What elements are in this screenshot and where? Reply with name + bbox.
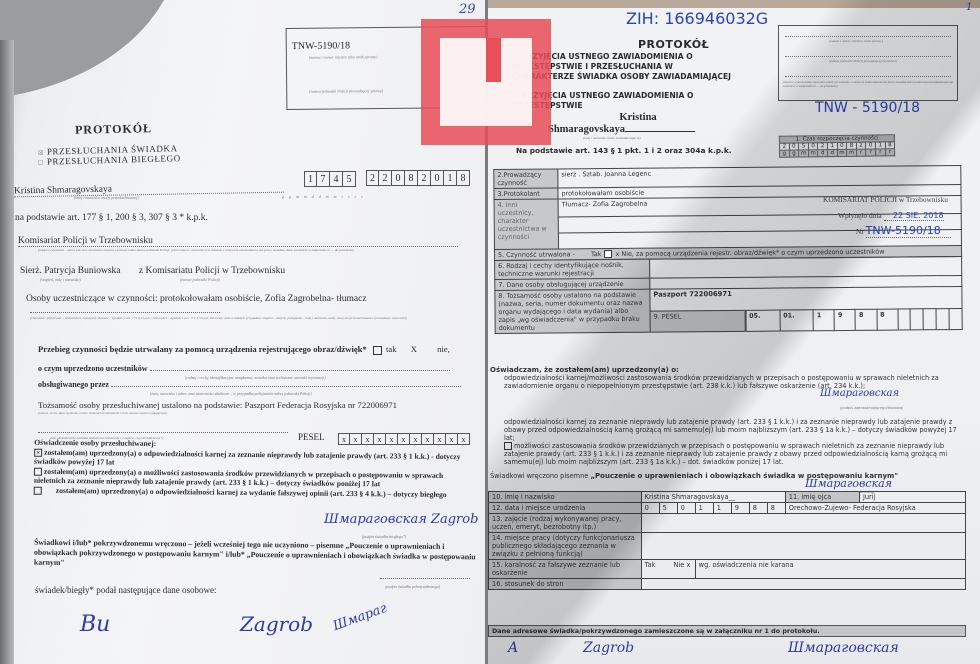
person-last-name: Shmaragovskaya (548, 124, 625, 135)
others-label: 4. Inni uczestnicy, charakter uczestnict… (494, 199, 558, 250)
bottom-signature-2: Zagrob (583, 640, 634, 656)
start-time-caption: g (780, 150, 790, 157)
row-birth: 12. data i miejsce urodzenia 05011988Ore… (489, 503, 966, 514)
handwritten-case-number: TNW - 5190/18 (815, 100, 920, 116)
occupation-value (641, 514, 965, 533)
start-time-caption: g (789, 150, 799, 157)
stamp-office: KOMISARIAT POLICJI w Trzebownisku (823, 195, 948, 204)
stamp-received-label: Wpłynęło dnia (838, 211, 882, 220)
personal-data-table: 10. imię i nazwisko Kristina Shmaragovsk… (488, 491, 966, 590)
record-no: Nie x (674, 561, 691, 569)
person-name-caption: (imię i nazwisko osoby przesłuchiwanej) (74, 195, 139, 200)
declaration-heading: Oświadczam, że zostałem(am) uprzedzony(a… (490, 366, 962, 374)
bottom-signature-3: Шмарaг (331, 601, 389, 634)
pesel-cell: 9 (834, 309, 855, 331)
start-time-caption: d (818, 150, 828, 157)
declaration-item-2: odpowiedzialności karnej za zeznanie nie… (490, 418, 962, 442)
recording-text: Przebieg czynności będzie utrwalany za p… (38, 344, 367, 354)
officer-unit-caption: (nazwa jednostki Policji) (180, 277, 220, 282)
name-label: 10. imię i nazwisko (489, 492, 642, 503)
time-digits: 1745 (304, 171, 356, 187)
start-time-caption: r (866, 149, 876, 156)
birth-digit: 0 (641, 503, 659, 514)
birth-digit: 9 (731, 503, 749, 514)
identity-line: Tożsamość osoby przesłuchiwanej ustalono… (38, 400, 397, 410)
document-title: PROTOKÓŁ (75, 121, 152, 138)
signature-1-caption: (podpis świadka biegłego*) (362, 534, 406, 539)
media-label: 6. Rodzaj i cechy identyfikujące nośnik,… (495, 259, 650, 279)
checkbox-checked-icon[interactable]: × (34, 448, 42, 456)
relation-value (641, 579, 965, 590)
logo-shape (501, 38, 532, 126)
start-time-caption: m (837, 149, 847, 156)
recording-no-label: nie, (437, 344, 450, 354)
checkbox-empty-icon: ☐ (38, 161, 44, 167)
date-digit: 8 (457, 170, 470, 186)
birth-digit: 8 (749, 503, 767, 514)
start-time-caption: r (856, 149, 866, 156)
operated-text: obsługiwanego przez (38, 380, 109, 389)
logo-shape (486, 38, 501, 82)
identity-dots (38, 432, 288, 433)
top-edge (488, 0, 980, 8)
legal-basis: Na podstawie art. 143 § 1 pkt. 1 i 2 ora… (516, 146, 732, 155)
handwritten-id: ZIH: 166946032G (626, 9, 768, 28)
stamp-nr: Nr TNW-5190/18 (856, 224, 951, 238)
pesel-cell: 05. (745, 310, 780, 332)
binder-edge (0, 40, 14, 664)
relation-label: 16. stosunek do stron (489, 579, 642, 590)
officer-name: Sierż. Patrycja Buniowska (20, 266, 121, 276)
officer-line: Sierż. Patrycja Buniowska z Komisariatu … (20, 266, 285, 276)
pesel-cell (949, 308, 962, 330)
participants-line: Osoby uczestniczące w czynności: protoko… (26, 294, 367, 304)
box-caption-1: (nazwa i numer rejestru, znak sprawy) (829, 39, 883, 43)
start-time-captions: ggmmddmmrrrr (780, 149, 895, 158)
date-digit: 0 (431, 170, 444, 186)
page-curl-shadow (0, 0, 180, 100)
bottom-signature-3: Шмарaговская (788, 640, 899, 656)
operated-dots (111, 386, 461, 387)
person-caption: (imię i nazwisko osoby zawiadamiającej) (583, 136, 641, 140)
stamp-received: Wpłynęło dnia 22 SIE. 2018 (838, 211, 944, 221)
record-label: 15. karalność za fałszywe zeznanie lub o… (489, 560, 642, 579)
row-occupation: 13. zajęcie (rodzaj wykonywanej pracy, u… (489, 514, 966, 533)
record-yes: Tak (645, 561, 656, 569)
signature-2-caption: (podpis świadka pokrzywdzonego) (385, 584, 440, 589)
checkbox-empty-icon[interactable] (504, 442, 512, 450)
unit-caption: (nazwa jednostki Policji prowadzącej spr… (309, 88, 383, 94)
date-digit: 2 (418, 170, 431, 186)
stamp-nr-label: Nr (856, 227, 864, 236)
birth-label: 12. data i miejsce urodzenia (489, 503, 642, 514)
declaration-signature-2: Шмарaговская (805, 480, 962, 488)
case-number-caption: (nazwa i numer rejestru albo znak sprawy… (309, 54, 378, 60)
name-value: Kristina Shmaragovskaya__ (641, 492, 785, 503)
recording-line: Przebieg czynności będzie utrwalany za p… (38, 344, 450, 355)
checkbox-empty-icon[interactable] (34, 467, 42, 475)
pesel-cell (910, 308, 923, 330)
checkbox-empty-icon[interactable] (34, 486, 42, 494)
place-caption: (miejsce czynności – adres lub inne okre… (38, 248, 354, 252)
name-underline (625, 131, 695, 132)
box-line (785, 36, 951, 37)
start-time-caption: m (847, 149, 857, 156)
logo-shape (486, 82, 501, 126)
informed-text: o czym uprzedzono uczestników (38, 364, 148, 373)
instruction-prefix: Świadkowi wręczono pisemne (490, 472, 588, 480)
statement-text: zostałem(am) uprzedzony(a) o odpowiedzia… (34, 447, 461, 466)
case-info-box: (nazwa i numer rejestru, znak sprawy) (n… (778, 25, 958, 101)
logo-shape (440, 38, 486, 126)
declaration-item-3-text: możliwości zastosowania środków przewidz… (504, 442, 947, 466)
birth-digit: 8 (767, 503, 785, 514)
pesel-cell (923, 308, 936, 330)
person-name-line: Kristina Shmaragovskaya (14, 182, 284, 198)
workplace-label: 14. miejsce pracy (dotyczy funkcjonarius… (489, 533, 642, 560)
place-value: Komisariat Policji w Trzebownisku (18, 236, 458, 247)
person-name: Kristina Shmaragovskaya (14, 182, 284, 198)
conducting-label: 2.Prowadzący czynność (494, 169, 558, 189)
person-first-name: Kristina (578, 112, 698, 123)
start-time-caption: r (875, 149, 885, 156)
record-options: Tak Nie x (641, 560, 695, 579)
time-digit: 7 (317, 171, 330, 187)
identity-label: 8. Tożsamość osoby ustalono na podstawie… (495, 289, 650, 333)
date-digit: 0 (392, 170, 405, 186)
personal-data-line: świadek/biegły* podał następujące dane o… (35, 585, 216, 595)
procedure-form: 2.Prowadzący czynność sierż . Sztab. Joa… (493, 165, 962, 334)
birth-digit: 5 (659, 503, 677, 514)
start-time-caption: d (828, 149, 838, 156)
signature-2-dots (380, 578, 470, 579)
row-workplace: 14. miejsce pracy (dotyczy funkcjonarius… (489, 533, 966, 560)
clerk-label: 3.Protokolant (494, 188, 558, 200)
identity-caption: (nazwa, seria, data wydania, numer dokum… (38, 411, 167, 415)
recorded-label: 5. Czynność utrwalona - (498, 250, 575, 259)
date-digits: 22082018 (366, 170, 470, 186)
row-name: 10. imię i nazwisko Kristina Shmaragovsk… (489, 492, 966, 503)
logo-watermark (421, 19, 551, 145)
start-time-caption: m (808, 150, 818, 157)
footer-note: Dane adresowe świadka/pokrzywdzonego zam… (488, 625, 966, 637)
pesel-cell: 01. (780, 309, 814, 331)
father-value: Jurij (859, 492, 965, 503)
officer-caption: (stopień, imię i nazwisko) (40, 277, 81, 282)
witness-signature-1: Шмарaговская Zagrob (324, 512, 478, 527)
box-caption-2: (nazwa jednostki Policji prowadzącej czy… (829, 59, 897, 63)
record-note: wg. oświadczenia nie karana (695, 560, 965, 579)
recording-yes-checkbox[interactable] (373, 346, 382, 355)
pesel-label: 9. PESEL (650, 310, 745, 332)
page-number-handwritten: 1 (966, 2, 972, 13)
stamp-received-date: 22 SIE. 2018 (884, 211, 944, 221)
birth-digit: 0 (677, 503, 695, 514)
time-digit: 4 (330, 171, 343, 187)
recorded-yes-checkbox[interactable] (604, 250, 612, 258)
father-label: 11. imię ojca (785, 492, 859, 503)
bottom-signature-1: A (508, 640, 518, 656)
recording-no-mark: X (411, 344, 417, 354)
pesel-cell: 8 (855, 309, 876, 331)
place-line: Komisariat Policji w Trzebownisku (18, 236, 458, 247)
row-relation: 16. stosunek do stron (489, 579, 966, 590)
statement-section: Oświadczenie osoby przesłuchiwanej: ×zos… (34, 438, 475, 500)
declaration-signature-1: Шмарaговская (820, 390, 962, 404)
box-line (785, 76, 951, 77)
informed-line: o czym uprzedzono uczestników (38, 364, 450, 373)
pesel-cell (898, 308, 911, 330)
date-digit: 2 (366, 170, 379, 186)
occupation-label: 13. zajęcie (rodzaj wykonywanej pracy, u… (489, 514, 642, 533)
box-caption-3: (miejsce wykonywania czynności, jeżeli j… (783, 80, 955, 88)
workplace-value (641, 533, 965, 560)
declaration-item-3: możliwości zastosowania środków przewidz… (490, 442, 962, 466)
bottom-signature-2: Zagrob (240, 612, 313, 636)
document-title: PROTOKÓŁ (638, 38, 709, 51)
date-digit: 2 (379, 170, 392, 186)
right-document-page: 1 ZIH: 166946032G PROTOKÓŁ × PRZYJĘCIA U… (488, 0, 980, 664)
pesel-cell: 8 (877, 309, 898, 331)
instruction-text: Świadkowi i/lub* pokrzywdzonemu wręczono… (34, 538, 476, 573)
recorded-yes: Tak (591, 250, 602, 258)
birth-place: Orechowo-Zujewo- Federacja Rosyjska (785, 503, 965, 514)
birth-digit: 1 (713, 503, 731, 514)
time-digit: 1 (304, 171, 317, 187)
option-label: PRZESŁUCHANIA BIEGŁEGO (47, 153, 181, 167)
date-digit: 1 (444, 170, 457, 186)
date-digit: 8 (405, 170, 418, 186)
start-time-caption: m (799, 150, 809, 157)
birth-digit: 1 (695, 503, 713, 514)
identity-value: Paszport 722006971 (650, 286, 962, 310)
stamp-nr-value: TNW-5190/18 (866, 224, 951, 238)
start-time-table: 1. Czas rozpoczęcia czynności 2050210820… (779, 134, 895, 158)
person-last-name-line: Shmaragovskaya (548, 124, 695, 135)
case-number: TNW-5190/18 (292, 40, 350, 52)
participants-dots (30, 312, 220, 313)
pesel-cell: 1 (813, 309, 834, 331)
operated-caption: (imię, nazwisko i adres oraz stanowisko … (150, 391, 312, 396)
box-line (785, 56, 951, 57)
page-number-handwritten: 29 (459, 2, 476, 17)
declaration-sig-caption-1: (podpis zawiadamiającego/świadka) (840, 404, 962, 412)
informed-dots (150, 370, 450, 371)
left-document-page: 29 TNW-5190/18 (nazwa i numer rejestru a… (0, 0, 486, 664)
legal-basis: na podstawie art. 177 § 1, 200 § 3, 307 … (15, 213, 208, 223)
bottom-signature-1: Bu (80, 612, 110, 637)
row-record: 15. karalność za fałszywe zeznanie lub o… (489, 560, 966, 579)
recording-yes-label: tak (386, 344, 397, 354)
time-date-caption: g g m m d d m m r r r r (282, 194, 365, 199)
start-time-caption: r (885, 149, 895, 156)
pesel-cell (936, 308, 949, 330)
time-digit: 5 (343, 171, 356, 187)
officer-unit: z Komisariatu Policji w Trzebownisku (139, 266, 285, 276)
participants-caption: (charakter: przybrana – protokolant, ste… (30, 316, 430, 320)
operated-line: obsługiwanego przez (38, 380, 461, 389)
declaration-section: Oświadczam, że zostałem(am) uprzedzony(a… (490, 366, 962, 496)
